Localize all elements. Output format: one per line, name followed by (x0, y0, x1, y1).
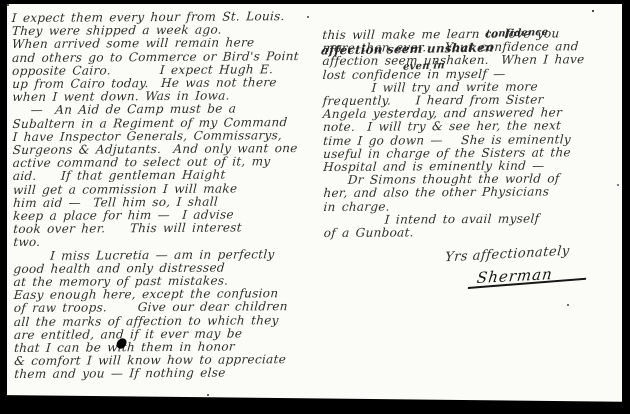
letter-left-column: I expect them every hour from St. Louis.… (12, 10, 315, 382)
interlinear-correction: even in (403, 60, 446, 72)
letter-page: I expect them every hour from St. Louis.… (7, 4, 622, 414)
interlinear-correction: confidence (485, 27, 549, 40)
handwriting-line: of a Gunboat. (323, 225, 620, 240)
letter-signature: Sherman (476, 265, 554, 287)
letter-right-column: this will make me learn to love you more… (322, 27, 619, 240)
letter-closing: Yrs affectionately (444, 244, 570, 266)
handwriting-line: them and you — If nothing else (14, 366, 315, 381)
scanned-letter: I expect them every hour from St. Louis.… (0, 0, 630, 414)
